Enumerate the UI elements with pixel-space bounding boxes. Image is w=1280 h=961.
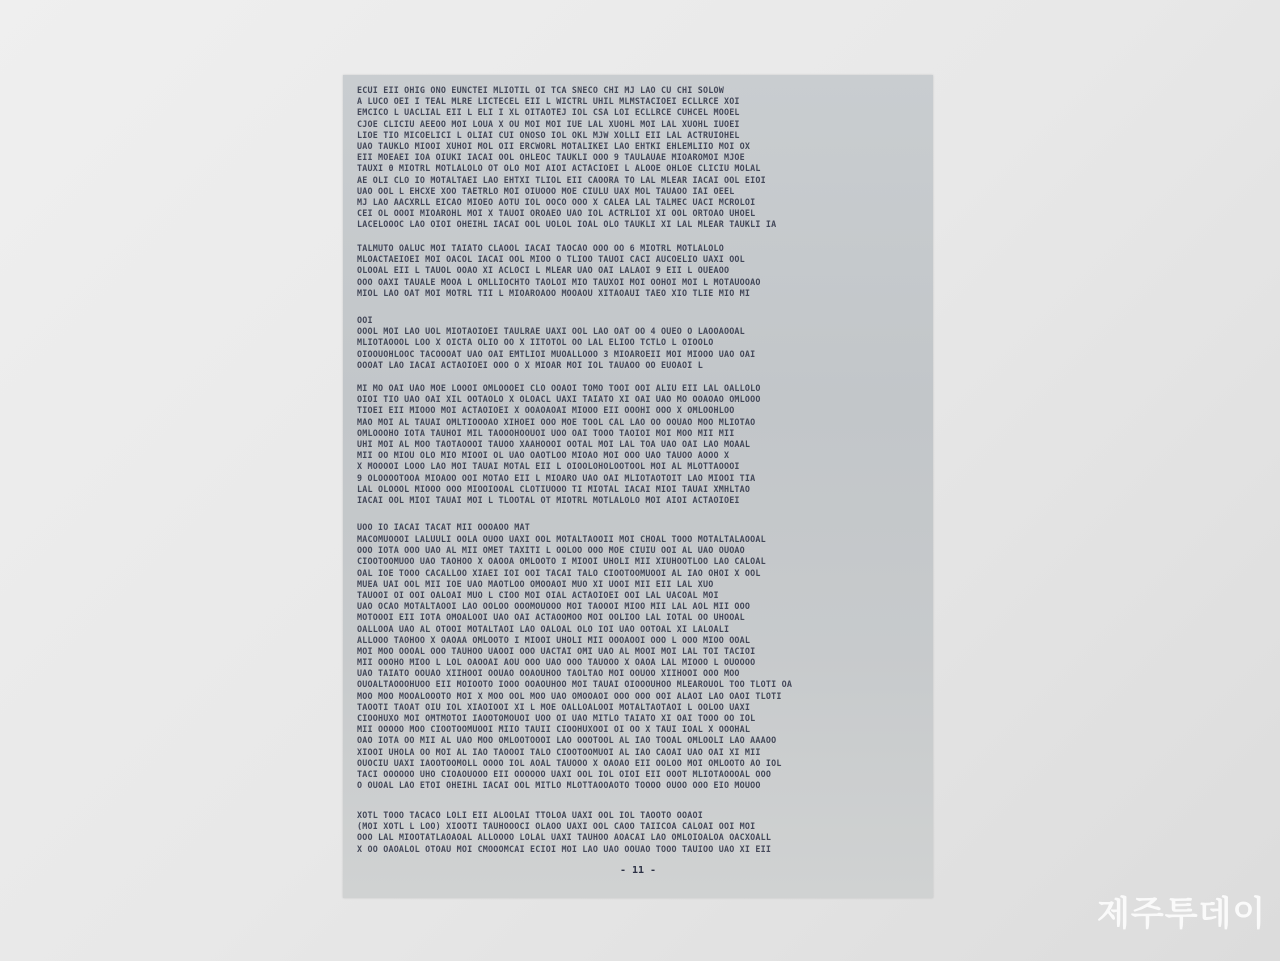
text-line: CJOE CLICIU AEEOO MOI LOUA X OU MOI MOI … — [357, 119, 923, 130]
text-line: UOO IO IACAI TACAT MII OOOAOO MAT — [357, 522, 923, 533]
text-line: OOOL MOI LAO UOL MIOTAOIOEI TAULRAE UAXI… — [357, 326, 923, 337]
text-line: EII MOEAEI IOA OIUKI IACAI OOL OHLEOC TA… — [357, 152, 923, 163]
watermark-logo: 제주투데이 — [1097, 886, 1266, 935]
text-line: MLOACTAEIOEI MOI OACOL IACAI OOL MIOO O … — [357, 254, 923, 265]
text-line: OOO OAXI TAUALE MOOA L OMLLIOCHTO TAOLOI… — [357, 277, 923, 288]
text-line: OUOCIU UAXI IAOOTOOMOLL OOOO IOL AOAL TA… — [357, 758, 923, 769]
paragraph-6: MACOMUOOOI LALUULI OOLA OUOO UAXI OOL MO… — [357, 534, 923, 791]
typed-document-page: ECUI EII OHIG ONO EUNCTEI MLIOTIL OI TCA… — [343, 75, 933, 898]
text-line: OAO IOTA OO MII AL UAO MOO OMLOOTOOOI LA… — [357, 735, 923, 746]
text-line: TAUXI 0 MIOTRL MOTLALOLO OT OLO MOI AIOI… — [357, 163, 923, 174]
text-line: MLIOTAOOOL LOO X OICTA OLIO OO X IITOTOL… — [357, 337, 923, 348]
text-line: 9 OLOOOOTOOA MIOAOO OOI MOTAO EII L MIOA… — [357, 473, 923, 484]
text-line: ALLOOO TAOHOO X OAOAA OMLOOTO I MIOOI UH… — [357, 635, 923, 646]
text-line: CEI OL OOOI MIOAROHL MOI X TAUOI OROAEO … — [357, 208, 923, 219]
text-line: TALMUTO OALUC MOI TAIATO CLAOOL IACAI TA… — [357, 243, 923, 254]
text-line: OLOOAL EII L TAUOL OOAO XI ACLOCI L MLEA… — [357, 265, 923, 276]
page-number: - 11 - — [343, 865, 933, 876]
text-line: CIOOHUXO MOI OMTMOTOI IAOOTOMOUOI UOO OI… — [357, 713, 923, 724]
text-line: MACOMUOOOI LALUULI OOLA OUOO UAXI OOL MO… — [357, 534, 923, 545]
text-line: TAOOTI TAOAT OIU IOL XIAOIOOI XI L MOE O… — [357, 702, 923, 713]
text-line: XIOOI UHOLA OO MOI AL IAO TAOOOI TALO CI… — [357, 747, 923, 758]
text-line: OOI — [357, 315, 923, 326]
text-line: OUOALTAOOOHUOO EII MOIOOTO IOOO OOAOUHOO… — [357, 679, 923, 690]
text-line: AE OLI CLO IO MOTALTAEI LAO EHTXI TLIOL … — [357, 175, 923, 186]
text-line: X MOOOOI LOOO LAO MOI TAUAI MOTAL EII L … — [357, 461, 923, 472]
text-line: OOOAT LAO IACAI ACTAOIOEI OOO O X MIOAR … — [357, 360, 923, 371]
text-line: MUEA UAI OOL MII IOE UAO MAOTLOO OMOOAOI… — [357, 579, 923, 590]
text-line: TIOEI EII MIOOO MOI ACTAOIOEI X OOAOAOAI… — [357, 405, 923, 416]
text-line: MOTOOOI EII IOTA OMOALOOI UAO OAI ACTAOO… — [357, 612, 923, 623]
paragraph-1: ECUI EII OHIG ONO EUNCTEI MLIOTIL OI TCA… — [357, 85, 923, 230]
text-line: OOO IOTA OOO UAO AL MII OMET TAXITI L OO… — [357, 545, 923, 556]
text-line: OIOOUOHLOOC TACOOOAT UAO OAI EMTLIOI MUO… — [357, 349, 923, 360]
paragraph-4: MI MO OAI UAO MOE LOOOI OMLOOOEI CLO OOA… — [357, 383, 923, 506]
text-line: MOO MOO MOOALOOOTO MOI X MOO OOL MOO UAO… — [357, 691, 923, 702]
text-line: MII OOOHO MIOO L LOL OAOOAI AOU OOO UAO … — [357, 657, 923, 668]
text-line: OIOI TIO UAO OAI XIL OOTAOLO X OLOACL UA… — [357, 394, 923, 405]
text-line: UHI MOI AL MOO TAOTAOOOI TAUOO XAAHOOOI … — [357, 439, 923, 450]
text-line: TAUOOI OI OOI OALOAI MUO L CIOO MOI OIAL… — [357, 590, 923, 601]
text-line: OOO LAL MIOOTATLAOAOAL ALLOOOO LOLAL UAX… — [357, 832, 923, 843]
text-line: MOI MOO OOOAL OOO TAUHOO UAOOI OOO UACTA… — [357, 646, 923, 657]
text-line: MII OO MIOU OLO MIO MIOOI OL UAO OAOTLOO… — [357, 450, 923, 461]
text-line: (MOI XOTL L LOO) XIOOTI TAUHOOOCI OLAOO … — [357, 821, 923, 832]
text-line: MAO MOI AL TAUAI OMLTIOOOAO XIHOEI OOO M… — [357, 417, 923, 428]
text-line: MI MO OAI UAO MOE LOOOI OMLOOOEI CLO OOA… — [357, 383, 923, 394]
text-line: UAO OCAO MOTALTAOOI LAO OOLOO OOOMOUOOO … — [357, 601, 923, 612]
text-line: LIOE TIO MICOELICI L OLIAI CUI ONOSO IOL… — [357, 130, 923, 141]
text-line: IACAI OOL MIOI TAUAI MOI L TLOOTAL OT MI… — [357, 495, 923, 506]
text-line: EMCICO L UACLIAL EII L ELI I XL OITAOTEJ… — [357, 107, 923, 118]
text-line: OALLOOA UAO AL OTOOI MOTALTAOI LAO OALOA… — [357, 624, 923, 635]
text-line: UAO TAUKLO MIOOI XUHOI MOL OII ERCWORL M… — [357, 141, 923, 152]
text-line: OAL IOE TOOO CACALLOO XIAEI IOI OOI TACA… — [357, 568, 923, 579]
paragraph-5-heading: UOO IO IACAI TACAT MII OOOAOO MAT — [357, 522, 923, 533]
text-line: X OO OAOALOL OTOAU MOI CMOOOMCAI ECIOI M… — [357, 844, 923, 855]
text-line: A LUCO OEI I TEAL MLRE LICTECEL EII L WI… — [357, 96, 923, 107]
text-line: LAL OLOOOL MIOOO OOO MIOOIOOAL CLOTIUOOO… — [357, 484, 923, 495]
text-line: LACELOOOC LAO OIOI OHEIHL IACAI OOL UOLO… — [357, 219, 923, 230]
text-line: MIOL LAO OAT MOI MOTRL TII L MIOAROAOO M… — [357, 288, 923, 299]
paragraph-3: OOIOOOL MOI LAO UOL MIOTAOIOEI TAULRAE U… — [357, 315, 923, 371]
text-line: OMLOOOHO IOTA TAUHOI MIL TAOOOHOOUOI UOO… — [357, 428, 923, 439]
text-line: ECUI EII OHIG ONO EUNCTEI MLIOTIL OI TCA… — [357, 85, 923, 96]
text-line: TACI OOOOOO UHO CIOAOUOOO EII OOOOOO UAX… — [357, 769, 923, 780]
paragraph-7: XOTL TOOO TACACO LOLI EII ALOOLAI TTOLOA… — [357, 810, 923, 855]
paragraph-2: TALMUTO OALUC MOI TAIATO CLAOOL IACAI TA… — [357, 243, 923, 299]
text-line: MII OOOOO MOO CIOOTOOMUOOI MIIO TAUII CI… — [357, 724, 923, 735]
text-line: O OUOAL LAO ETOI OHEIHL IACAI OOL MITLO … — [357, 780, 923, 791]
text-line: CIOOTOOMUOO UAO TAOHOO X OAOOA OMLOOTO I… — [357, 556, 923, 567]
text-line: MJ LAO AACXRLL EICAO MIOEO AOTU IOL OOCO… — [357, 197, 923, 208]
text-line: UAO OOL L EHCXE XOO TAETRLO MOI OIUOOO M… — [357, 186, 923, 197]
text-line: UAO TAIATO OOUAO XIIHOOI OOUAO OOAOUHOO … — [357, 668, 923, 679]
text-line: XOTL TOOO TACACO LOLI EII ALOOLAI TTOLOA… — [357, 810, 923, 821]
